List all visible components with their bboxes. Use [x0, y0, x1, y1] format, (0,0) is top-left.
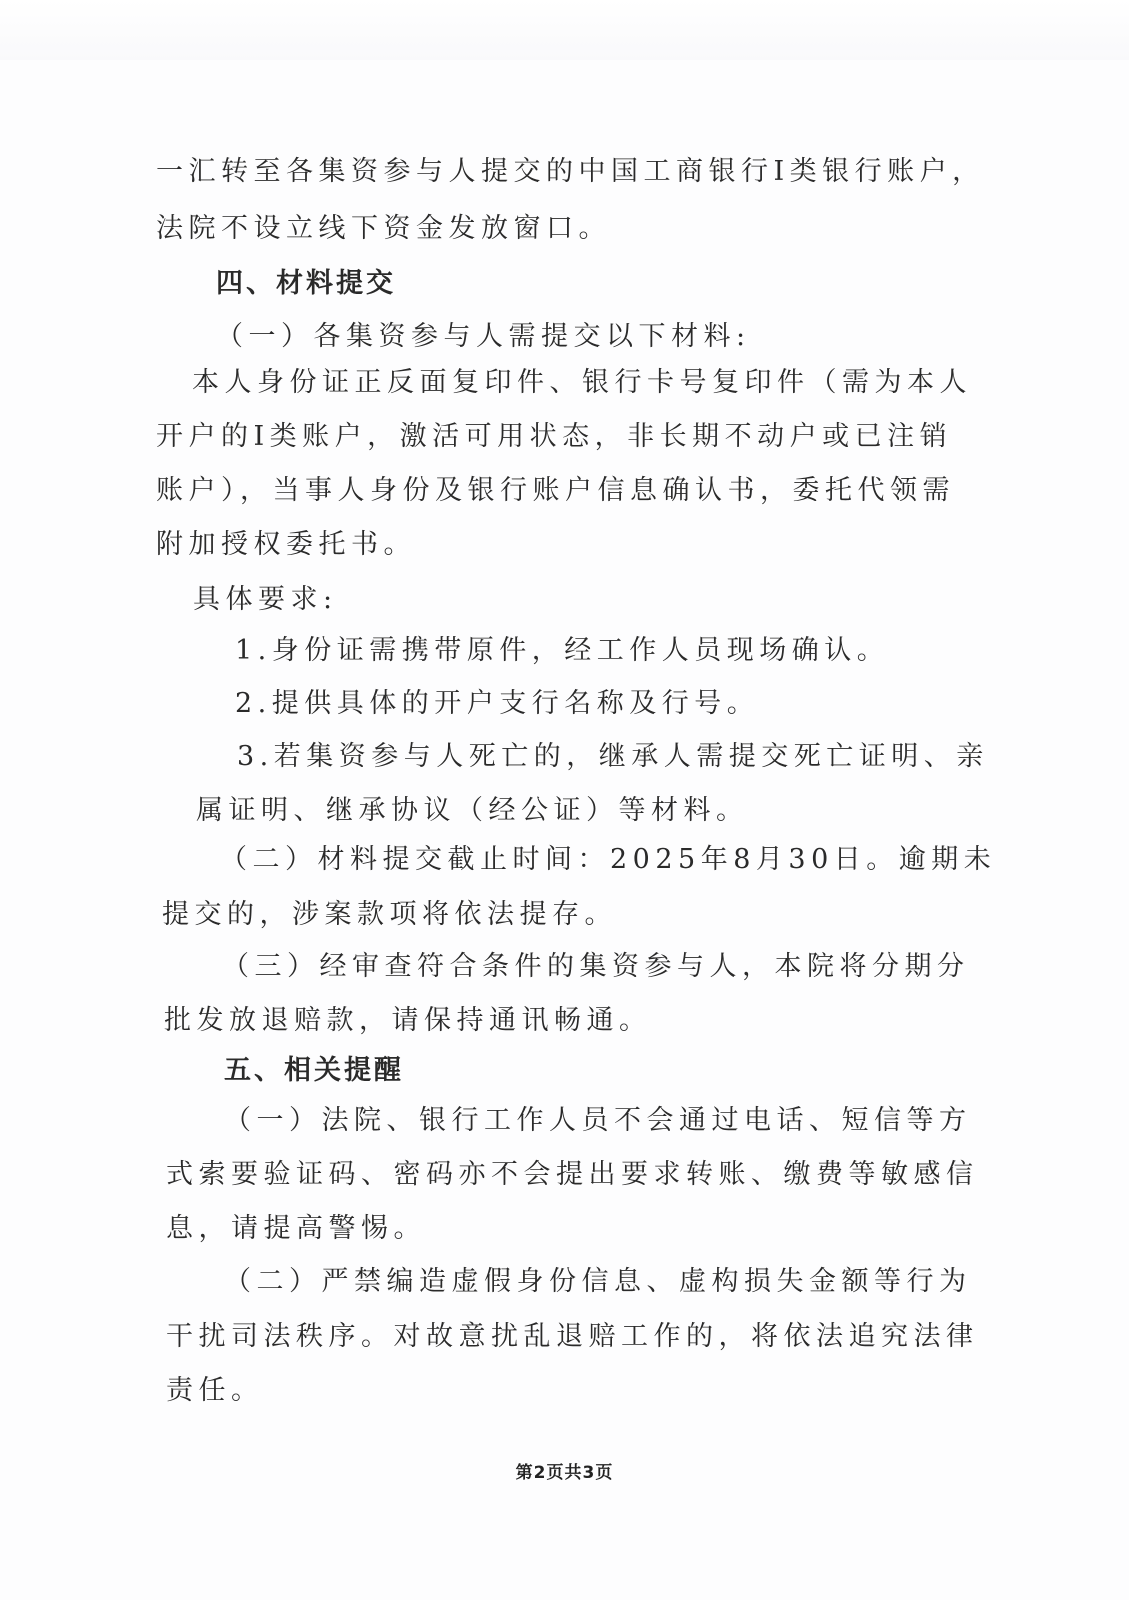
section-heading: 四、材料提交 [216, 267, 396, 301]
page-number-footer: 第2页共3页 [0, 1458, 1129, 1483]
paragraph-line: 附加授权委托书。 [156, 528, 416, 562]
paragraph-line: 账户），当事人身份及银行账户信息确认书，委托代领需 [156, 474, 955, 508]
paragraph-line: （三）经审查符合条件的集资参与人，本院将分期分 [222, 950, 970, 984]
paragraph-line: （一）法院、银行工作人员不会通过电话、短信等方 [224, 1104, 972, 1138]
paragraph-line: 3.若集资参与人死亡的，继承人需提交死亡证明、亲 [237, 740, 989, 774]
paragraph-line: 2.提供具体的开户支行名称及行号。 [235, 687, 759, 721]
paragraph-line: 批发放退赔款，请保持通讯畅通。 [164, 1004, 652, 1038]
paragraph-line: 开户的Ⅰ类账户，激活可用状态，非长期不动户或已注销 [156, 420, 952, 454]
section-heading: 五、相关提醒 [224, 1054, 404, 1088]
paragraph-line: 一汇转至各集资参与人提交的中国工商银行Ⅰ类银行账户， [156, 155, 985, 189]
paragraph-line: 属证明、继承协议（经公证）等材料。 [196, 794, 749, 828]
page-top-edge [0, 0, 1129, 60]
paragraph-line: 责任。 [166, 1374, 264, 1408]
paragraph-line: 1.身份证需携带原件，经工作人员现场确认。 [235, 634, 889, 668]
paragraph-line: 本人身份证正反面复印件、银行卡号复印件（需为本人 [192, 366, 972, 400]
paragraph-line: （二）严禁编造虚假身份信息、虚构损失金额等行为 [224, 1265, 972, 1299]
paragraph-line: 式索要验证码、密码亦不会提出要求转账、缴费等敏感信 [166, 1158, 979, 1192]
paragraph-line: （二）材料提交截止时间：2025年8月30日。逾期未 [220, 843, 996, 877]
paragraph-line: 干扰司法秩序。对故意扰乱退赔工作的，将依法追究法律 [166, 1320, 979, 1354]
paragraph-line: 提交的，涉案款项将依法提存。 [162, 898, 617, 932]
paragraph-line: （一）各集资参与人需提交以下材料: [216, 320, 751, 354]
paragraph-line: 具体要求: [193, 583, 338, 617]
paragraph-line: 法院不设立线下资金发放窗口。 [156, 212, 611, 246]
paragraph-line: 息，请提高警惕。 [166, 1212, 426, 1246]
